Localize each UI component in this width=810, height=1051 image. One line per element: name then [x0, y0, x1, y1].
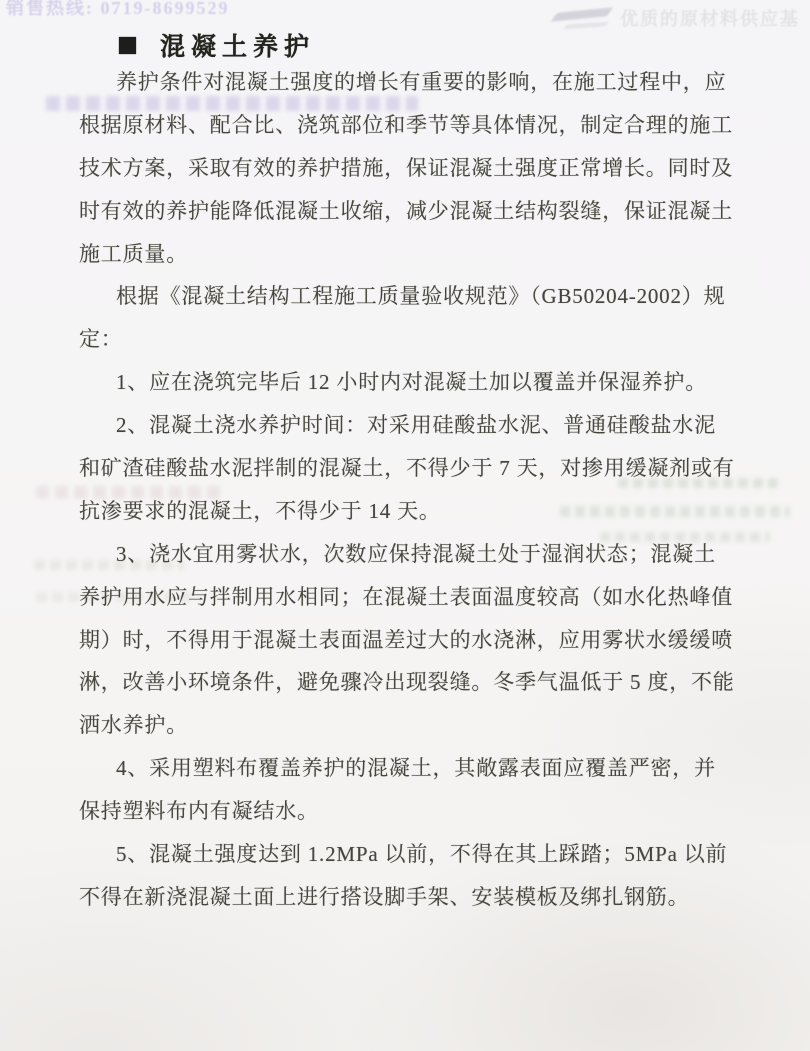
doc-line: 4、采用塑料布覆盖养护的混凝土，其敞露表面应覆盖严密，并 — [79, 747, 729, 790]
document-body: 养护条件对混凝土强度的增长有重要的影响，在施工过程中，应 根据原材料、配合比、浇… — [79, 61, 729, 919]
doc-line: 时有效的养护能降低混凝土收缩，减少混凝土结构裂缝，保证混凝土 — [79, 190, 729, 233]
doc-line: 根据《混凝土结构工程施工质量验收规范》（GB50204-2002）规 — [79, 275, 729, 318]
doc-line: 期）时，不得用于混凝土表面温差过大的水浇淋，应用雾状水缓缓喷 — [79, 619, 729, 662]
doc-line: 定： — [79, 318, 729, 361]
doc-line: 保持塑料布内有凝结水。 — [79, 790, 729, 833]
doc-line: 养护条件对混凝土强度的增长有重要的影响，在施工过程中，应 — [79, 61, 729, 104]
doc-line: 3、浇水宜用雾状水，次数应保持混凝土处于湿润状态；混凝土 — [79, 533, 729, 576]
watermark-supplier-slogan: 优质的原材料供应基 — [620, 5, 800, 31]
scan-smudge-artifact — [564, 22, 609, 30]
doc-line: 抗渗要求的混凝土，不得少于 14 天。 — [79, 490, 729, 533]
doc-line: 养护用水应与拌制用水相同；在混凝土表面温度较高（如水化热峰值 — [79, 576, 729, 619]
doc-line: 根据原材料、配合比、浇筑部位和季节等具体情况，制定合理的施工 — [79, 104, 729, 147]
watermark-sales-hotline: 销售热线: 0719-8699529 — [6, 0, 230, 20]
square-bullet-icon — [119, 37, 136, 54]
scanned-document-page: 销售热线: 0719-8699529 优质的原材料供应基 混凝土养护 养护条件对… — [0, 0, 810, 1051]
doc-line: 淋，改善小环境条件，避免骤冷出现裂缝。冬季气温低于 5 度，不能 — [79, 661, 729, 704]
doc-line: 1、应在浇筑完毕后 12 小时内对混凝土加以覆盖并保湿养护。 — [79, 361, 729, 404]
scan-smudge-artifact — [551, 7, 614, 21]
section-heading: 混凝土养护 — [119, 27, 315, 63]
doc-line: 2、混凝土浇水养护时间：对采用硅酸盐水泥、普通硅酸盐水泥 — [79, 404, 729, 447]
doc-line: 5、混凝土强度达到 1.2MPa 以前，不得在其上踩踏；5MPa 以前 — [79, 833, 729, 876]
doc-line: 不得在新浇混凝土面上进行搭设脚手架、安装模板及绑扎钢筋。 — [79, 876, 729, 919]
section-title: 混凝土养护 — [160, 27, 315, 63]
doc-line: 施工质量。 — [79, 233, 729, 276]
doc-line: 技术方案，采取有效的养护措施，保证混凝土强度正常增长。同时及 — [79, 147, 729, 190]
doc-line: 洒水养护。 — [79, 704, 729, 747]
doc-line: 和矿渣硅酸盐水泥拌制的混凝土，不得少于 7 天，对掺用缓凝剂或有 — [79, 447, 729, 490]
